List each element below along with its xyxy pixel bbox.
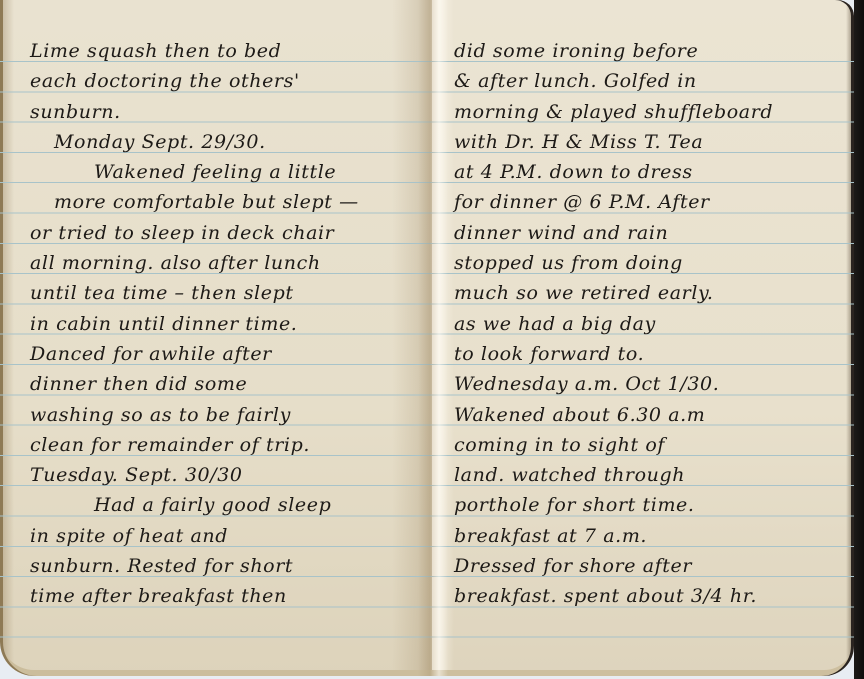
diary-line: much so we retired early.: [454, 278, 854, 308]
diary-line: porthole for short time.: [454, 490, 854, 520]
diary-line: land. watched through: [454, 460, 854, 490]
diary-line: sunburn.: [30, 97, 432, 127]
diary-line: for dinner @ 6 P.M. After: [454, 187, 854, 217]
notebook-cover-edge: [854, 0, 864, 679]
diary-line: coming in to sight of: [454, 430, 854, 460]
right-page-text: did some ironing before & after lunch. G…: [454, 36, 854, 612]
diary-line: & after lunch. Golfed in: [454, 66, 854, 96]
diary-line: to look forward to.: [454, 339, 854, 369]
diary-line: until tea time – then slept: [30, 278, 432, 308]
diary-line: Lime squash then to bed: [30, 36, 432, 66]
diary-line: Wakened about 6.30 a.m: [454, 400, 854, 430]
left-page: Lime squash then to bed each doctoring t…: [0, 0, 432, 676]
diary-date-heading: Wednesday a.m. Oct 1/30.: [454, 369, 854, 399]
diary-line: Wakened feeling a little: [30, 157, 432, 187]
diary-line: Had a fairly good sleep: [30, 490, 432, 520]
diary-line: clean for remainder of trip.: [30, 430, 432, 460]
diary-date-heading: Monday Sept. 29/30.: [30, 127, 432, 157]
diary-line: time after breakfast then: [30, 581, 432, 611]
diary-line: morning & played shuffleboard: [454, 97, 854, 127]
diary-line: in cabin until dinner time.: [30, 309, 432, 339]
notebook-spread: Lime squash then to bed each doctoring t…: [0, 0, 864, 679]
diary-line: more comfortable but slept —: [30, 187, 432, 217]
right-page: did some ironing before & after lunch. G…: [432, 0, 854, 676]
diary-line: dinner wind and rain: [454, 218, 854, 248]
diary-line: or tried to sleep in deck chair: [30, 218, 432, 248]
diary-line: sunburn. Rested for short: [30, 551, 432, 581]
diary-line: all morning. also after lunch: [30, 248, 432, 278]
diary-line: stopped us from doing: [454, 248, 854, 278]
diary-line: each doctoring the others': [30, 66, 432, 96]
left-page-text: Lime squash then to bed each doctoring t…: [30, 36, 432, 612]
diary-line: at 4 P.M. down to dress: [454, 157, 854, 187]
diary-line: Dressed for shore after: [454, 551, 854, 581]
diary-line: in spite of heat and: [30, 521, 432, 551]
diary-line: did some ironing before: [454, 36, 854, 66]
diary-line: breakfast. spent about 3/4 hr.: [454, 581, 854, 611]
diary-line: with Dr. H & Miss T. Tea: [454, 127, 854, 157]
diary-line: as we had a big day: [454, 309, 854, 339]
diary-line: Danced for awhile after: [30, 339, 432, 369]
diary-line: dinner then did some: [30, 369, 432, 399]
diary-date-heading: Tuesday. Sept. 30/30: [30, 460, 432, 490]
diary-line: breakfast at 7 a.m.: [454, 521, 854, 551]
diary-line: washing so as to be fairly: [30, 400, 432, 430]
